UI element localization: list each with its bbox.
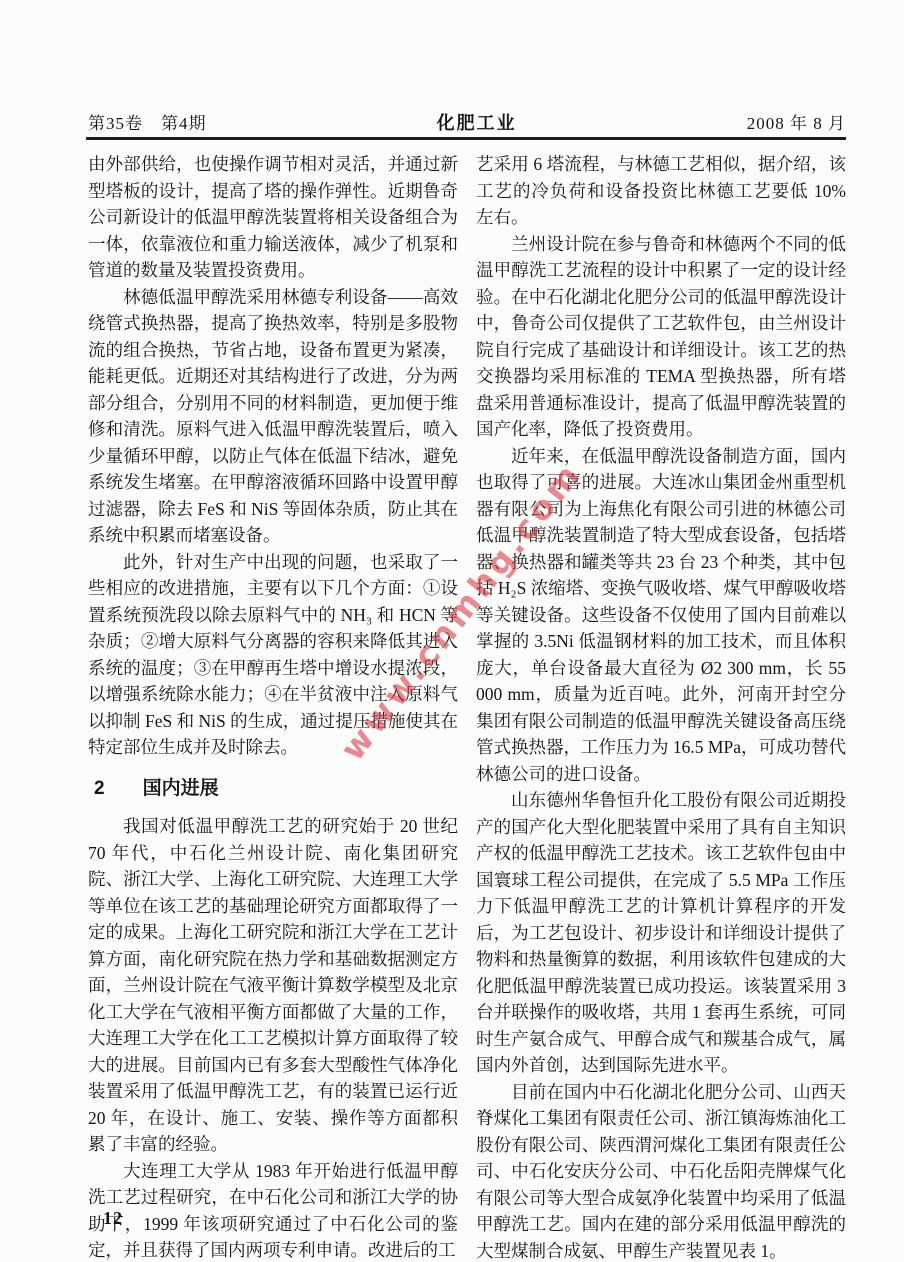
issue-date: 2008 年 8 月 (747, 109, 846, 134)
page-number: 12 (103, 1208, 123, 1229)
paragraph: 近年来，在低温甲醇洗设备制造方面，国内也取得了可喜的进展。大连冰山集团金州重型机… (476, 443, 846, 788)
header-divider (86, 137, 846, 140)
journal-page: 第35卷 第4期 化肥工业 2008 年 8 月 由外部供给，也使操作调节相对灵… (0, 0, 904, 1262)
article-body: 由外部供给，也使操作调节相对灵活，并通过新型塔板的设计，提高了塔的操作弹性。近期… (88, 151, 846, 1262)
right-column: 艺采用 6 塔流程，与林德工艺相似，据介绍，该工艺的冷负荷和设备投资比林德工艺要… (476, 151, 846, 1262)
left-column: 由外部供给，也使操作调节相对灵活，并通过新型塔板的设计，提高了塔的操作弹性。近期… (88, 151, 458, 1262)
volume-issue: 第35卷 第4期 (88, 109, 207, 134)
page-header: 第35卷 第4期 化肥工业 2008 年 8 月 (88, 109, 846, 135)
paragraph: 兰州设计院在参与鲁奇和林德两个不同的低温甲醇洗工艺流程的设计中积累了一定的设计经… (476, 231, 846, 443)
paragraph: 我国对低温甲醇洗工艺的研究始于 20 世纪 70 年代，中石化兰州设计院、南化集… (88, 813, 458, 1158)
journal-title: 化肥工业 (437, 109, 517, 135)
paragraph: 林德低温甲醇洗采用林德专利设备——高效绕管式换热器，提高了换热效率，特别是多股物… (88, 284, 458, 549)
paragraph: 由外部供给，也使操作调节相对灵活，并通过新型塔板的设计，提高了塔的操作弹性。近期… (88, 151, 458, 284)
section-heading-domestic-progress: 2 国内进展 (94, 776, 458, 803)
paragraph: 大连理工大学从 1983 年开始进行低温甲醇洗工艺过程研究，在中石化公司和浙江大… (88, 1158, 458, 1262)
paragraph: 山东德州华鲁恒升化工股份有限公司近期投产的国产化大型化肥装置中采用了具有自主知识… (476, 787, 846, 1079)
paragraph: 目前在国内中石化湖北化肥分公司、山西天脊煤化工集团有限责任公司、浙江镇海炼油化工… (476, 1079, 846, 1262)
paragraph: 此外，针对生产中出现的问题，也采取了一些相应的改进措施，主要有以下几个方面：①设… (88, 549, 458, 761)
paragraph: 艺采用 6 塔流程，与林德工艺相似，据介绍，该工艺的冷负荷和设备投资比林德工艺要… (476, 151, 846, 231)
